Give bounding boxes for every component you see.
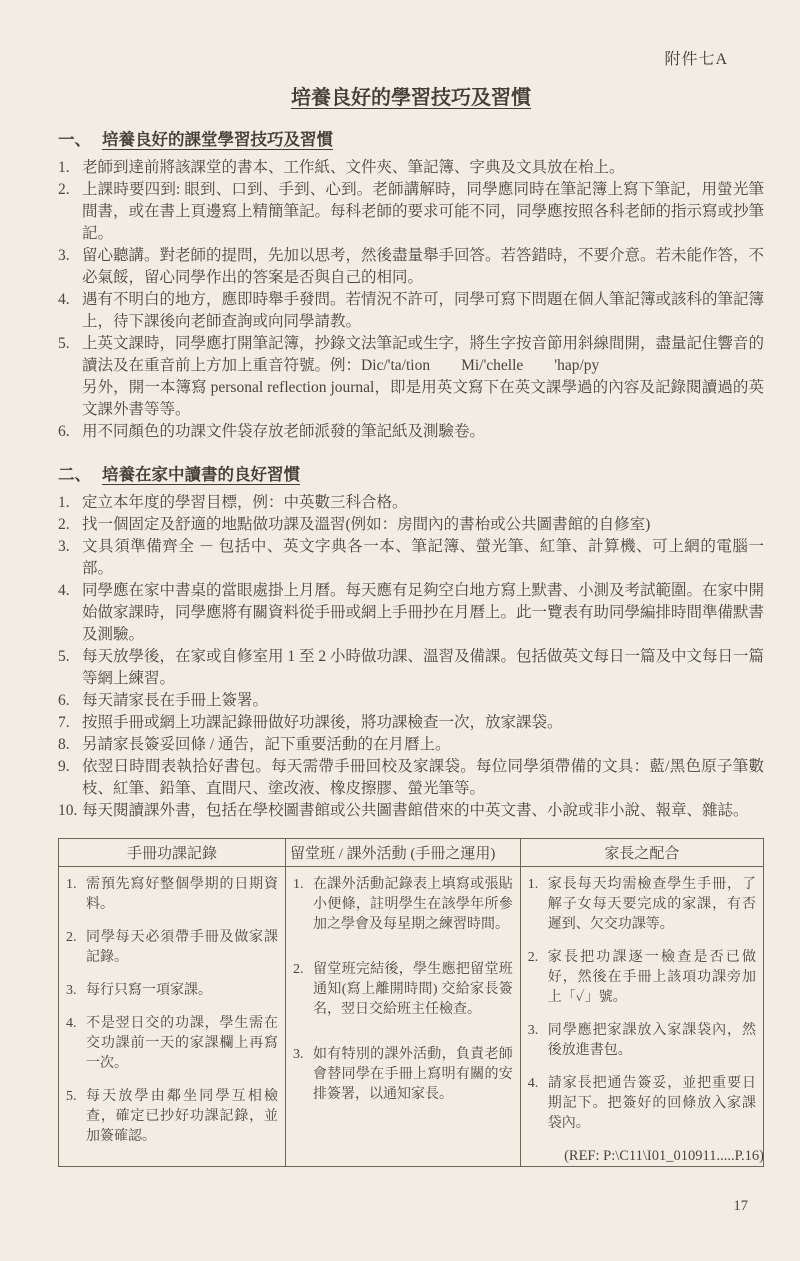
- table-header-handbook: 手冊功課記錄: [59, 839, 286, 867]
- table-item: 3. 如有特別的課外活動，負責老師會替同學在手冊上寫明有關的安排簽署，以通知家長…: [293, 1045, 513, 1105]
- reference-note: (REF: P:\C11\I01_010911.....P.16): [564, 1148, 764, 1165]
- table-item: 2. 家長把功課逐一檢查是否已做好，然後在手冊上該項功課旁加上「✓」號。: [528, 948, 756, 1008]
- table-header-detention: 留堂班 / 課外活動 (手冊之運用): [286, 839, 521, 867]
- section-1-number: 一、: [58, 126, 102, 150]
- table-cell-handbook: 1. 需預先寫好整個學期的日期資料。 2. 同學每天必須帶手冊及做家課記錄。 3…: [59, 867, 286, 1167]
- attachment-label: 附件七A: [58, 46, 764, 69]
- page-number: 17: [734, 1198, 749, 1215]
- list-item: 8. 另請家長簽妥回條 / 通告，記下重要活動的在月曆上。: [58, 734, 764, 756]
- list-item: 5. 上英文課時，同學應打開筆記簿，抄錄文法筆記或生字，將生字按音節用斜線間開，…: [58, 333, 764, 421]
- list-item: 5. 每天放學後，在家或自修室用 1 至 2 小時做功課、溫習及備課。包括做英文…: [58, 646, 764, 690]
- table-item: 1. 在課外活動記錄表上填寫或張貼小便條，註明學生在該學年所參加之學會及每星期之…: [293, 875, 513, 935]
- page-title: 培養良好的學習技巧及習慣: [58, 81, 764, 110]
- list-item: 6. 每天請家長在手冊上簽署。: [58, 690, 764, 712]
- section-1-title: 培養良好的課堂學習技巧及習慣: [102, 126, 333, 150]
- list-item: 7. 按照手冊或網上功課記錄冊做好功課後，將功課檢查一次，放家課袋。: [58, 712, 764, 734]
- list-item: 2. 上課時要四到: 眼到、口到、手到、心到。老師講解時，同學應同時在筆記簿上寫…: [58, 179, 764, 245]
- section-1-heading: 一、 培養良好的課堂學習技巧及習慣: [58, 126, 764, 150]
- table-header-parents: 家長之配合: [520, 839, 763, 867]
- list-item: 2. 找一個固定及舒適的地點做功課及溫習(例如：房間內的書枱或公共圖書館的自修室…: [58, 514, 764, 536]
- list-item: 10. 每天閱讀課外書，包括在學校圖書館或公共圖書館借來的中英文書、小說或非小說…: [58, 800, 764, 822]
- table-cell-parents: 1. 家長每天均需檢查學生手冊，了解子女每天要完成的家課，有否遲到、欠交功課等。…: [520, 867, 763, 1167]
- list-item: 4. 同學應在家中書桌的當眼處掛上月曆。每天應有足夠空白地方寫上默書、小測及考試…: [58, 580, 764, 646]
- table-cell-detention: 1. 在課外活動記錄表上填寫或張貼小便條，註明學生在該學年所參加之學會及每星期之…: [286, 867, 521, 1167]
- table-item: 4. 請家長把通告簽妥，並把重要日期記下。把簽好的回條放入家課袋內。: [528, 1074, 756, 1134]
- table-item: 2. 同學每天必須帶手冊及做家課記錄。: [66, 928, 278, 968]
- section-2-heading: 二、 培養在家中讀書的良好習慣: [58, 461, 764, 485]
- handbook-table: 手冊功課記錄 留堂班 / 課外活動 (手冊之運用) 家長之配合 1. 需預先寫好…: [58, 838, 764, 1167]
- list-item: 9. 依翌日時間表執拾好書包。每天需帶手冊回校及家課袋。每位同學須帶備的文具：藍…: [58, 756, 764, 800]
- list-item: 3. 文具須準備齊全 － 包括中、英文字典各一本、筆記簿、螢光筆、紅筆、計算機、…: [58, 536, 764, 580]
- table-item: 3. 同學應把家課放入家課袋內，然後放進書包。: [528, 1021, 756, 1061]
- section-1-list: 1. 老師到達前將該課堂的書本、工作紙、文件夾、筆記簿、字典及文具放在枱上。 2…: [58, 157, 764, 443]
- table-header-row: 手冊功課記錄 留堂班 / 課外活動 (手冊之運用) 家長之配合: [59, 839, 764, 867]
- section-2-title: 培養在家中讀書的良好習慣: [102, 461, 300, 485]
- table-item: 4. 不是翌日交的功課，學生需在交功課前一天的家課欄上再寫一次。: [66, 1014, 278, 1074]
- table-item: 1. 需預先寫好整個學期的日期資料。: [66, 875, 278, 915]
- table-body-row: 1. 需預先寫好整個學期的日期資料。 2. 同學每天必須帶手冊及做家課記錄。 3…: [59, 867, 764, 1167]
- section-2-list: 1. 定立本年度的學習目標，例：中英數三科合格。 2. 找一個固定及舒適的地點做…: [58, 492, 764, 822]
- document-page: 附件七A 培養良好的學習技巧及習慣 一、 培養良好的課堂學習技巧及習慣 1. 老…: [0, 0, 800, 1261]
- list-item: 3. 留心聽講。對老師的提問，先加以思考，然後盡量舉手回答。若答錯時，不要介意。…: [58, 245, 764, 289]
- list-item: 4. 遇有不明白的地方，應即時舉手發問。若情況不許可，同學可寫下問題在個人筆記簿…: [58, 289, 764, 333]
- table-item: 5. 每天放學由鄰坐同學互相檢查，確定已抄好功課記錄，並加簽確認。: [66, 1087, 278, 1147]
- table-item: 1. 家長每天均需檢查學生手冊，了解子女每天要完成的家課，有否遲到、欠交功課等。: [528, 875, 756, 935]
- item-text: 上英文課時，同學應打開筆記簿，抄錄文法筆記或生字，將生字按音節用斜線間開，盡量記…: [82, 335, 764, 374]
- item-note: 另外，開一本簿寫 personal reflection journal，即是用…: [82, 377, 764, 421]
- list-item: 6. 用不同顏色的功課文件袋存放老師派發的筆記紙及測驗卷。: [58, 421, 764, 443]
- table-item: 3. 每行只寫一項家課。: [66, 981, 278, 1001]
- section-2-number: 二、: [58, 461, 102, 485]
- table-item: 2. 留堂班完結後，學生應把留堂班通知(寫上離開時間) 交給家長簽名，翌日交給班…: [293, 960, 513, 1020]
- list-item: 1. 老師到達前將該課堂的書本、工作紙、文件夾、筆記簿、字典及文具放在枱上。: [58, 157, 764, 179]
- list-item: 1. 定立本年度的學習目標，例：中英數三科合格。: [58, 492, 764, 514]
